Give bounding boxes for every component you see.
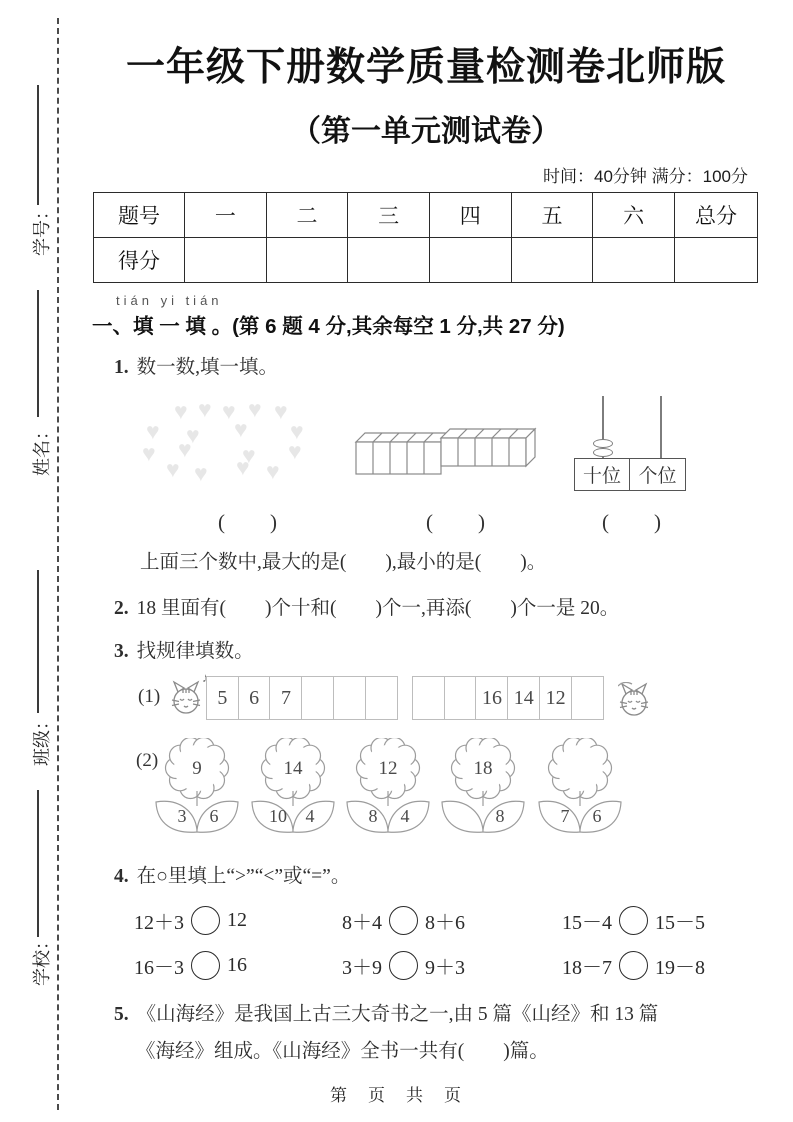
base-ten-blocks-picture — [352, 412, 538, 480]
ones-place-label: 个位 — [629, 458, 686, 491]
name-label: 姓名： — [28, 422, 54, 476]
leaf-number: 4 — [394, 806, 416, 827]
heart-icon: ♥ — [236, 456, 250, 479]
question-3-number: 3. — [114, 641, 129, 662]
question-3: 3.找规律填数。 — [114, 639, 762, 664]
score-cell — [511, 238, 593, 283]
col-six: 六 — [593, 193, 675, 238]
expression-right: 12 — [227, 909, 247, 932]
heart-icon: ♥ — [194, 462, 208, 485]
hearts-picture: ♥ ♥ ♥ ♥ ♥ ♥ ♥ ♥ ♥ ♥ ♥ ♥ ♥ ♥ ♥ ♥ ♥ — [138, 398, 334, 486]
comparison-row-2: 16－316 3＋99＋3 18－719－8 — [134, 951, 762, 980]
question-1: 1.数一数,填一填。 — [114, 355, 762, 380]
col-five: 五 — [511, 193, 593, 238]
question-3-text: 找规律填数。 — [137, 641, 254, 662]
comparison-item: 15－415－5 — [562, 906, 705, 935]
flower-figure: 7 6 — [530, 738, 630, 838]
comparison-row-1: 12＋312 8＋48＋6 15－415－5 — [134, 906, 762, 935]
strip-cell: 6 — [238, 676, 271, 720]
score-table: 题号 一 二 三 四 五 六 总分 得分 — [93, 192, 758, 283]
expression-right: 16 — [227, 954, 247, 977]
place-value-labels: 十位 个位 — [575, 458, 686, 491]
comparison-item: 18－719－8 — [562, 951, 705, 980]
comparison-circle-blank — [191, 951, 220, 980]
comparison-circle-blank — [619, 951, 648, 980]
name-write-line — [37, 290, 39, 417]
number-strip-left: 5 6 7 — [207, 676, 398, 720]
question-1-summary: 上面三个数中,最大的是( ),最小的是( )。 — [140, 550, 762, 575]
score-cell — [348, 238, 430, 283]
leaf-number: 6 — [203, 806, 225, 827]
col-four: 四 — [429, 193, 511, 238]
heart-icon: ♥ — [274, 400, 288, 423]
heart-icon: ♥ — [234, 418, 248, 441]
col-three: 三 — [348, 193, 430, 238]
class-write-line — [37, 570, 39, 713]
flower-figure: 18 8 — [433, 738, 533, 838]
col-two: 二 — [266, 193, 348, 238]
expression-left: 16－3 — [134, 951, 184, 980]
paper-title: 一年级下册数学质量检测卷北师版 — [90, 36, 762, 92]
paper-subtitle: （第一单元测试卷） — [90, 106, 762, 150]
part1-label: (1) — [138, 686, 160, 708]
expression-left: 12＋3 — [134, 906, 184, 935]
expression-right: 8＋6 — [425, 906, 465, 935]
abacus-bead — [593, 448, 613, 457]
section-one-title: 一、填 一 填 。(第 6 题 4 分,其余每空 1 分,共 27 分) — [92, 309, 762, 339]
question-4-text: 在○里填上“>”“<”或“=”。 — [137, 866, 351, 887]
strip-cell-blank — [444, 676, 477, 720]
score-cell — [675, 238, 758, 283]
comparison-item: 3＋99＋3 — [342, 951, 562, 980]
abacus-answer-blank: ( ) — [602, 506, 662, 536]
comparison-circle-blank — [389, 951, 418, 980]
flower-number: 14 — [243, 758, 343, 780]
heart-icon: ♥ — [266, 460, 280, 483]
score-row-label: 得分 — [94, 238, 185, 283]
cat-icon — [170, 680, 202, 720]
question-2-number: 2. — [114, 598, 129, 619]
flower-figure: 12 8 4 — [338, 738, 438, 838]
expression-left: 3＋9 — [342, 951, 382, 980]
leaf-number: 8 — [489, 806, 511, 827]
question-3-part2: (2) 9 3 6 14 10 4 — [90, 738, 762, 846]
place-value-abacus-picture: 十位 个位 — [568, 392, 700, 496]
comparison-item: 12＋312 — [134, 906, 342, 935]
question-4: 4.在○里填上“>”“<”或“=”。 — [114, 864, 762, 889]
question-5-line2: 《海经》组成。《山海经》全书一共有( )篇。 — [136, 1039, 762, 1064]
strip-cell: 7 — [269, 676, 302, 720]
score-cell — [429, 238, 511, 283]
flower-figure: 9 3 6 — [147, 738, 247, 838]
score-table-header-label: 题号 — [94, 193, 185, 238]
strip-cell: 12 — [539, 676, 572, 720]
test-paper-content: 一年级下册数学质量检测卷北师版 （第一单元测试卷） 时间：40分钟 满分：100… — [90, 0, 762, 1064]
score-cell — [593, 238, 675, 283]
expression-left: 18－7 — [562, 951, 612, 980]
blocks-answer-blank: ( ) — [426, 506, 486, 536]
question-5-number: 5. — [114, 1004, 129, 1025]
question-1-answer-blanks: ( ) ( ) ( ) — [90, 506, 762, 536]
abacus-bead — [593, 439, 613, 448]
student-id-write-line — [37, 85, 39, 205]
school-write-line — [37, 790, 39, 937]
number-strip-right: 16 14 12 — [413, 676, 604, 720]
question-1-text: 数一数,填一填。 — [137, 357, 278, 378]
leaf-number: 3 — [171, 806, 193, 827]
page-fold-dashed-line — [57, 18, 59, 1110]
comparison-circle-blank — [191, 906, 220, 935]
heart-icon: ♥ — [174, 400, 188, 423]
comparison-item: 8＋48＋6 — [342, 906, 562, 935]
heart-icon: ♥ — [146, 420, 160, 443]
strip-cell-blank — [365, 676, 398, 720]
heart-icon: ♥ — [142, 442, 156, 465]
time-score-info: 时间：40分钟 满分：100分 — [90, 162, 762, 187]
comparison-circle-blank — [389, 906, 418, 935]
comparison-item: 16－316 — [134, 951, 342, 980]
strip-cell: 14 — [507, 676, 540, 720]
question-5-line1: 《山海经》是我国上古三大奇书之一,由 5 篇《山经》和 13 篇 — [137, 1004, 659, 1025]
leaf-number: 10 — [267, 806, 289, 827]
strip-cell-blank — [301, 676, 334, 720]
expression-left: 15－4 — [562, 906, 612, 935]
question-5: 5.《山海经》是我国上古三大奇书之一,由 5 篇《山经》和 13 篇 — [114, 1002, 762, 1027]
leaf-number: 7 — [554, 806, 576, 827]
strip-cell-blank — [412, 676, 445, 720]
section-pinyin: tián yi tián — [116, 293, 762, 308]
question-2: 2.18 里面有( )个十和( )个一,再添( )个一是 20。 — [114, 596, 762, 621]
leaf-number: 6 — [586, 806, 608, 827]
cat-icon — [618, 682, 650, 722]
strip-cell: 5 — [206, 676, 239, 720]
page-footer: 第 页 共 页 — [0, 1081, 793, 1106]
comparison-circle-blank — [619, 906, 648, 935]
question-number-row: 题号 一 二 三 四 五 六 总分 — [94, 193, 758, 238]
question-1-figures: ♥ ♥ ♥ ♥ ♥ ♥ ♥ ♥ ♥ ♥ ♥ ♥ ♥ ♥ ♥ ♥ ♥ — [90, 392, 762, 504]
strip-cell-blank — [571, 676, 604, 720]
leaf-number: 8 — [362, 806, 384, 827]
question-3-part1: (1) ♪ 5 6 7 16 14 12 — [90, 672, 762, 732]
student-id-label: 学号： — [28, 202, 54, 256]
expression-right: 15－5 — [655, 906, 705, 935]
score-cell — [185, 238, 267, 283]
heart-icon: ♥ — [248, 398, 262, 421]
flower-number: 9 — [147, 758, 247, 780]
heart-icon: ♥ — [178, 438, 192, 461]
strip-cell-blank — [333, 676, 366, 720]
hearts-answer-blank: ( ) — [218, 506, 278, 536]
expression-left: 8＋4 — [342, 906, 382, 935]
flower-number: 12 — [338, 758, 438, 780]
col-one: 一 — [185, 193, 267, 238]
col-total: 总分 — [675, 193, 758, 238]
strip-cell: 16 — [475, 676, 508, 720]
expression-right: 19－8 — [655, 951, 705, 980]
heart-icon: ♥ — [166, 458, 180, 481]
ones-rod — [660, 396, 662, 458]
question-4-number: 4. — [114, 866, 129, 887]
tens-place-label: 十位 — [574, 458, 631, 491]
leaf-number: 4 — [299, 806, 321, 827]
flower-figure: 14 10 4 — [243, 738, 343, 838]
score-cell — [266, 238, 348, 283]
class-label: 班级： — [28, 712, 54, 766]
school-label: 学校： — [28, 932, 54, 986]
flower-number: 18 — [433, 758, 533, 780]
heart-icon: ♥ — [288, 440, 302, 463]
question-1-number: 1. — [114, 357, 129, 378]
score-row: 得分 — [94, 238, 758, 283]
question-2-text: 18 里面有( )个十和( )个一,再添( )个一是 20。 — [137, 598, 620, 619]
expression-right: 9＋3 — [425, 951, 465, 980]
heart-icon: ♥ — [198, 398, 212, 421]
